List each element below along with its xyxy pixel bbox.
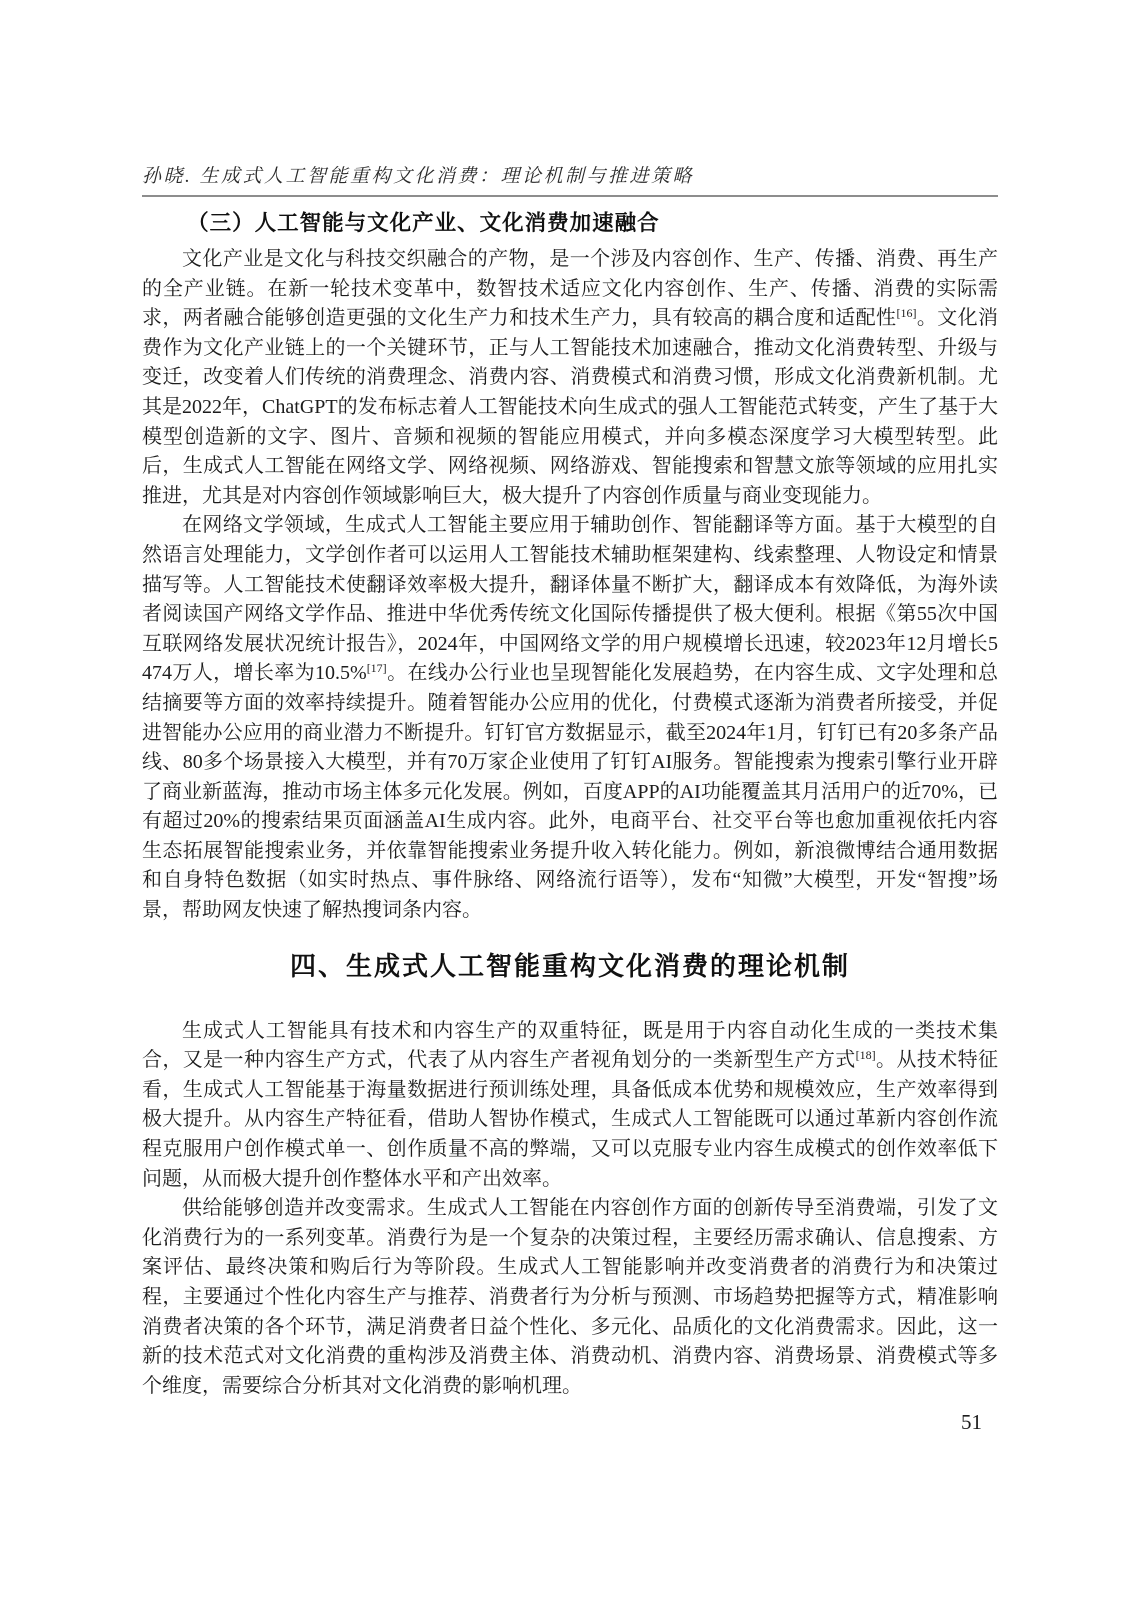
page-body: （三）人工智能与文化产业、文化消费加速融合 文化产业是文化与科技交织融合的产物，… [142,208,998,1401]
section-heading-4: 四、生成式人工智能重构文化消费的理论机制 [142,949,998,983]
citation-ref: [18] [856,1048,876,1062]
citation-ref: [17] [367,661,387,675]
paragraph-supply-demand: 供给能够创造并改变需求。生成式人工智能在内容创作方面的创新传导至消费端，引发了文… [142,1194,998,1401]
subsection-heading-3: （三）人工智能与文化产业、文化消费加速融合 [142,208,998,238]
running-header-text: 孙晓. 生成式人工智能重构文化消费：理论机制与推进策略 [142,161,998,188]
running-header: 孙晓. 生成式人工智能重构文化消费：理论机制与推进策略 [142,161,998,197]
citation-ref: [16] [896,306,916,320]
paragraph-dual-characteristics: 生成式人工智能具有技术和内容生产的双重特征，既是用于内容自动化生成的一类技术集合… [142,1017,998,1195]
paper-page: 孙晓. 生成式人工智能重构文化消费：理论机制与推进策略 （三）人工智能与文化产业… [0,0,1140,1600]
header-rule [142,195,998,197]
paragraph-fusion-overview: 文化产业是文化与科技交织融合的产物，是一个涉及内容创作、生产、传播、消费、再生产… [142,245,998,511]
page-number: 51 [961,1410,982,1435]
paragraph-application-examples: 在网络文学领域，生成式人工智能主要应用于辅助创作、智能翻译等方面。基于大模型的自… [142,511,998,925]
